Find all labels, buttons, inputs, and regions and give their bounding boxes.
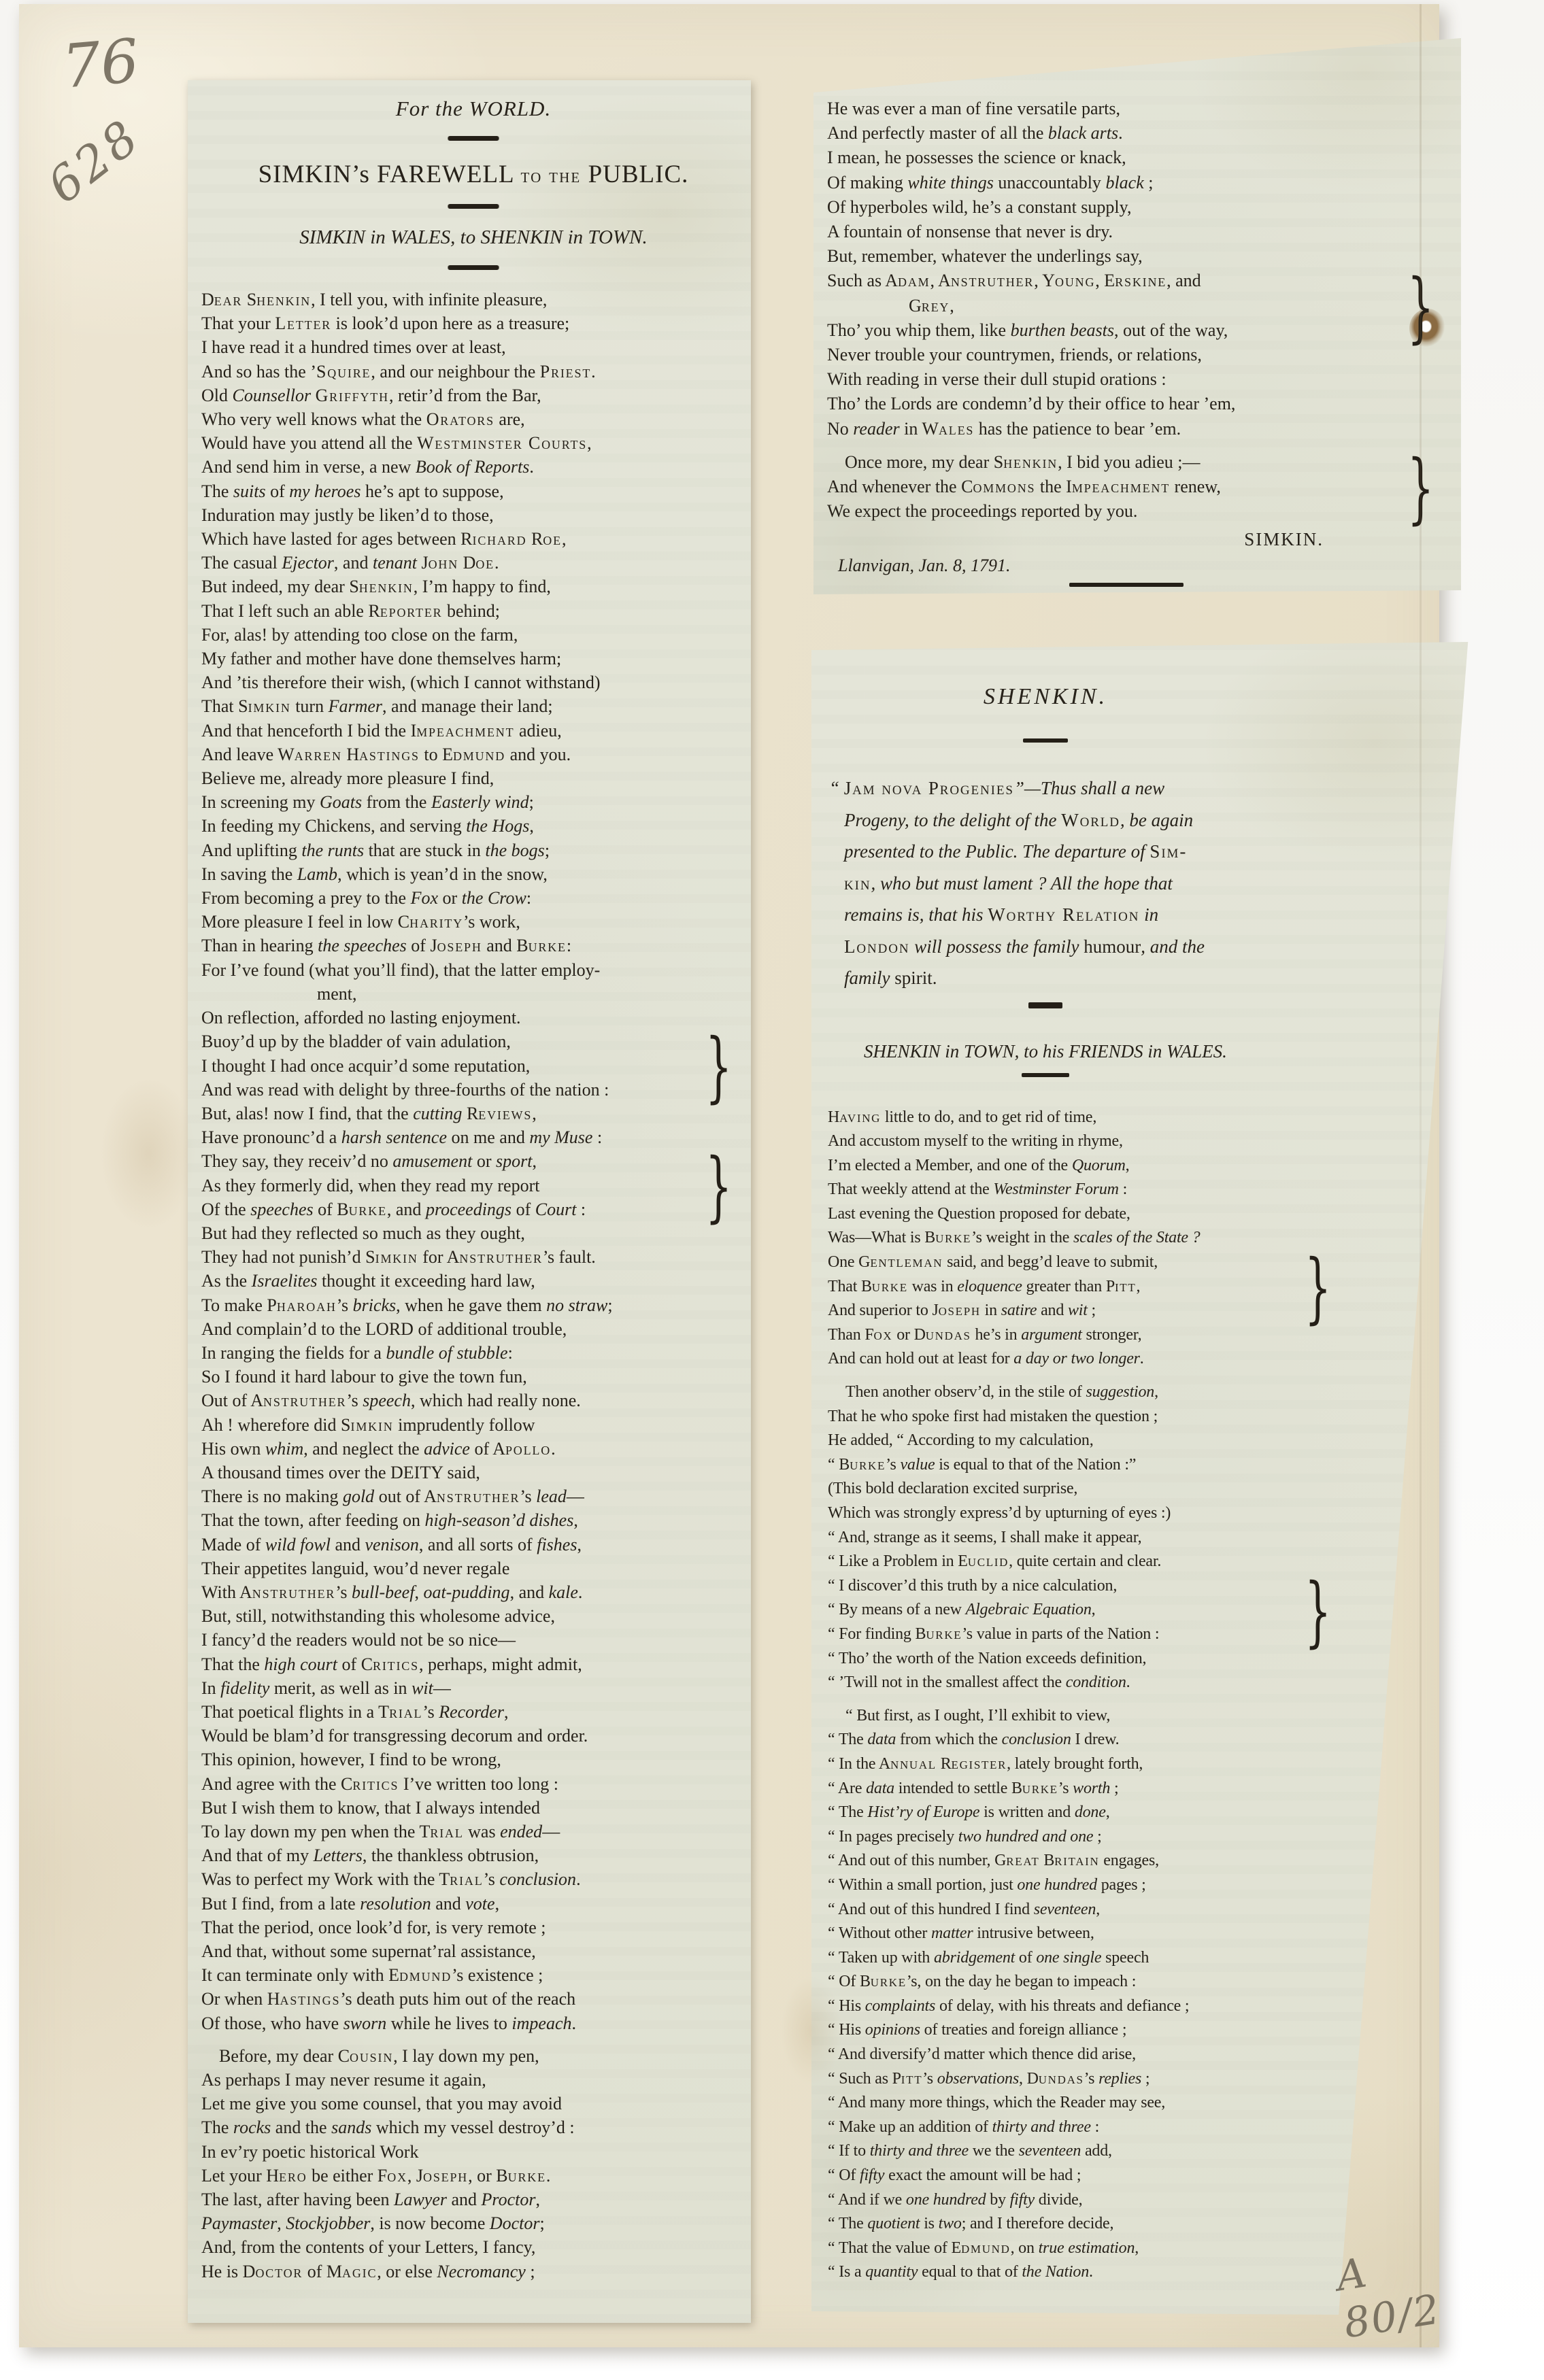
verse-line: On reflection, afforded no lasting enjoy… bbox=[201, 1006, 745, 1030]
signature: SIMKIN. bbox=[827, 529, 1426, 550]
verse-line: Which have lasted for ages between Richa… bbox=[201, 527, 745, 551]
shenkin-heading: SHENKIN. bbox=[828, 684, 1263, 710]
clipping-subtitle: SIMKIN in WALES, to SHENKIN in TOWN. bbox=[201, 226, 745, 249]
brace-icon: } bbox=[1305, 1251, 1331, 1327]
verse-line: Grey, bbox=[827, 294, 1426, 318]
verse-line: I mean, he possesses the science or knac… bbox=[827, 146, 1426, 170]
verse-line: To lay down my pen when the Trial was en… bbox=[201, 1820, 745, 1843]
verse-line: And agree with the Critics I’ve written … bbox=[201, 1772, 745, 1796]
verse-line: “ I discover’d this truth by a nice calc… bbox=[828, 1574, 1263, 1599]
verse-line: “ Without other matter intrusive between… bbox=[828, 1922, 1263, 1946]
verse-line: And can hold out at least for a day or t… bbox=[828, 1347, 1263, 1372]
verse-line: Having little to do, and to get rid of t… bbox=[828, 1106, 1263, 1130]
verse-line: “ That the value of Edmund, on true esti… bbox=[828, 2237, 1263, 2261]
verse-line: Induration may justly be liken’d to thos… bbox=[201, 503, 745, 527]
verse-line: That I left such an able Reporter behind… bbox=[201, 599, 745, 623]
verse-line: Tho’ the Lords are condemn’d by their of… bbox=[827, 392, 1426, 416]
verse-line: We expect the proceedings reported by yo… bbox=[827, 499, 1426, 524]
verse-line: Let your Hero be either Fox, Joseph, or … bbox=[201, 2164, 745, 2188]
verse-line: Of the speeches of Burke, and proceeding… bbox=[201, 1197, 745, 1221]
handwritten-page-number: 76 bbox=[60, 25, 142, 101]
verse-line: That he who spoke first had mistaken the… bbox=[828, 1405, 1263, 1429]
verse-line: My father and mother have done themselve… bbox=[201, 647, 745, 670]
verse-line: Was—What is Burke’s weight in the scales… bbox=[828, 1226, 1263, 1251]
verse-line: But I find, from a late resolution and v… bbox=[201, 1892, 745, 1916]
verse-line: Of making white things unaccountably bla… bbox=[827, 171, 1426, 195]
brace-icon: } bbox=[705, 1029, 732, 1105]
verse-line: The suits of my heroes he’s apt to suppo… bbox=[201, 479, 745, 503]
verse-line: “ Make up an addition of thirty and thre… bbox=[828, 2115, 1263, 2140]
verse-line: And leave Warren Hastings to Edmund and … bbox=[201, 743, 745, 766]
verse-line: This opinion, however, I find to be wron… bbox=[201, 1748, 745, 1771]
verse-line: “ Taken up with abridgement of one singl… bbox=[828, 1946, 1263, 1971]
verse-line: “ And diversify’d matter which thence di… bbox=[828, 2043, 1263, 2067]
verse-line: “ And, strange as it seems, I shall make… bbox=[828, 1526, 1263, 1550]
brace-icon: } bbox=[1407, 269, 1434, 345]
verse-line: And so has the ’Squire, and our neighbou… bbox=[201, 360, 745, 384]
verse-line: And perfectly master of all the black ar… bbox=[827, 121, 1426, 146]
divider-rule bbox=[448, 136, 499, 141]
verse-line: And superior to Joseph in satire and wit… bbox=[828, 1299, 1263, 1323]
verse-line: But, alas! now I find, that the cutting … bbox=[201, 1102, 745, 1125]
divider-rule bbox=[1023, 738, 1068, 743]
verse-line: Made of wild fowl and venison, and all s… bbox=[201, 1533, 745, 1557]
verse-line: In ev’ry poetic historical Work bbox=[201, 2140, 745, 2164]
verse-line: Or when Hastings’s death puts him out of… bbox=[201, 1987, 745, 2011]
verse-line: “ And out of this hundred I find sevente… bbox=[828, 1898, 1263, 1922]
verse-line: “ For finding Burke’s value in parts of … bbox=[828, 1622, 1263, 1647]
verse-line: And ’tis therefore their wish, (which I … bbox=[201, 670, 745, 694]
verse-line: And that, without some supernat’ral assi… bbox=[201, 1939, 745, 1963]
verse-line: He was ever a man of fine versatile part… bbox=[827, 97, 1426, 121]
braced-line-group: Buoy’d up by the bladder of vain adulati… bbox=[201, 1030, 745, 1102]
verse-line: As perhaps I may never resume it again, bbox=[201, 2068, 745, 2092]
verse-line: Once more, my dear Shenkin, I bid you ad… bbox=[827, 450, 1426, 475]
verse-line: In screening my Goats from the Easterly … bbox=[201, 790, 745, 814]
verse-line: And uplifting the runts that are stuck i… bbox=[201, 838, 745, 862]
verse-line: “ Like a Problem in Euclid, quite certai… bbox=[828, 1550, 1263, 1574]
braced-line-group: Once more, my dear Shenkin, I bid you ad… bbox=[827, 450, 1426, 524]
verse-line: London will possess the family humour, a… bbox=[828, 931, 1263, 963]
verse-line: He is Doctor of Magic, or else Necromanc… bbox=[201, 2260, 745, 2283]
verse-line: Was to perfect my Work with the Trial’s … bbox=[201, 1867, 745, 1891]
verse-line: More pleasure I feel in low Charity’s wo… bbox=[201, 910, 745, 934]
verse-line: “ The quotient is two; and I therefore d… bbox=[828, 2212, 1263, 2237]
verse-line: As the Israelites thought it exceeding h… bbox=[201, 1269, 745, 1293]
verse-line: remains is, that his Worthy Relation in bbox=[828, 899, 1263, 931]
divider-rule bbox=[448, 265, 499, 270]
dateline: Llanvigan, Jan. 8, 1791. bbox=[827, 556, 1426, 576]
verse-line: A fountain of nonsense that never is dry… bbox=[827, 220, 1426, 244]
verse-line: “ By means of a new Algebraic Equation, bbox=[828, 1598, 1263, 1622]
verse-line: Tho’ you whip them, like burthen beasts,… bbox=[827, 318, 1426, 343]
brace-icon: } bbox=[1407, 450, 1434, 526]
verse-line: “ And many more things, which the Reader… bbox=[828, 2091, 1263, 2115]
braced-line-group: Such as Adam, Anstruther, Young, Erskine… bbox=[827, 269, 1426, 343]
divider-rule bbox=[1069, 583, 1184, 587]
verse-line: Believe me, already more pleasure I find… bbox=[201, 766, 745, 790]
verse-line: And, from the contents of your Letters, … bbox=[201, 2235, 745, 2259]
verse-line: Never trouble your countrymen, friends, … bbox=[827, 343, 1426, 367]
verse-line: Paymaster, Stockjobber, is now become Do… bbox=[201, 2211, 745, 2235]
handwritten-folio-number: 628 bbox=[37, 108, 152, 214]
verse-line: “ The Hist’ry of Europe is written and d… bbox=[828, 1801, 1263, 1825]
verse-line: I have read it a hundred times over at l… bbox=[201, 335, 745, 359]
verse-line: A thousand times over the DEITY said, bbox=[201, 1461, 745, 1484]
verse-line: “ And out of this number, Great Britain … bbox=[828, 1849, 1263, 1873]
verse-line: Of those, who have sworn while he lives … bbox=[201, 2011, 745, 2035]
verse-line: “ Such as Pitt’s observations, Dundas’s … bbox=[828, 2067, 1263, 2092]
verse-line: Buoy’d up by the bladder of vain adulati… bbox=[201, 1030, 745, 1053]
verse-line: Would have you attend all the Westminste… bbox=[201, 431, 745, 455]
braced-line-group: One Gentleman said, and begg’d leave to … bbox=[828, 1251, 1263, 1323]
poem-left-column: Dear Shenkin, I tell you, with infinite … bbox=[201, 288, 745, 2283]
verse-line: Last evening the Question proposed for d… bbox=[828, 1202, 1263, 1227]
verse-line: In feeding my Chickens, and serving the … bbox=[201, 814, 745, 838]
verse-line: But, remember, whatever the underlings s… bbox=[827, 244, 1426, 269]
verse-line: Progeny, to the delight of the World, be… bbox=[828, 804, 1263, 836]
verse-line: But indeed, my dear Shenkin, I’m happy t… bbox=[201, 575, 745, 598]
verse-line: That poetical flights in a Trial’s Recor… bbox=[201, 1700, 745, 1724]
verse-line: His own whim, and neglect the advice of … bbox=[201, 1437, 745, 1461]
verse-line: And send him in verse, a new Book of Rep… bbox=[201, 455, 745, 479]
shenkin-subtitle: SHENKIN in TOWN, to his FRIENDS in WALES… bbox=[828, 1041, 1263, 1062]
verse-line: And that of my Letters, the thankless ob… bbox=[201, 1843, 745, 1867]
verse-line: But I wish them to know, that I always i… bbox=[201, 1796, 745, 1820]
verse-line: So I found it hard labour to give the to… bbox=[201, 1365, 745, 1389]
braced-line-group: They say, they receiv’d no amusement or … bbox=[201, 1149, 745, 1221]
verse-line: Out of Anstruther’s speech, which had re… bbox=[201, 1389, 745, 1412]
divider-rule bbox=[1028, 1002, 1062, 1008]
verse-line: That the period, once look’d for, is ver… bbox=[201, 1916, 745, 1939]
album-page: For the WORLD. SIMKIN’s FAREWELL to the … bbox=[19, 4, 1439, 2347]
divider-rule bbox=[1022, 1073, 1069, 1077]
verse-line: That your Letter is look’d upon here as … bbox=[201, 311, 745, 335]
braced-line-group: “ I discover’d this truth by a nice calc… bbox=[828, 1574, 1263, 1647]
scanned-scrapbook-page: { "annotations": { "page_number": "76", … bbox=[0, 0, 1544, 2380]
verse-line: That Burke was in eloquence greater than… bbox=[828, 1275, 1263, 1299]
verse-line: Than Fox or Dundas he’s in argument stro… bbox=[828, 1323, 1263, 1348]
brace-icon: } bbox=[705, 1149, 732, 1225]
verse-line: As they formerly did, when they read my … bbox=[201, 1174, 745, 1197]
verse-line: “ In the Annual Register, lately brought… bbox=[828, 1752, 1263, 1777]
verse-line: They say, they receiv’d no amusement or … bbox=[201, 1149, 745, 1173]
verse-line: “ The data from which the conclusion I d… bbox=[828, 1728, 1263, 1752]
verse-line: Would be blam’d for transgressing decoru… bbox=[201, 1724, 745, 1748]
verse-line: Who very well knows what the Orators are… bbox=[201, 407, 745, 431]
verse-line: I fancy’d the readers would not be so ni… bbox=[201, 1628, 745, 1652]
verse-line: And accustom myself to the writing in rh… bbox=[828, 1129, 1263, 1154]
verse-line: The casual Ejector, and tenant John Doe. bbox=[201, 551, 745, 575]
verse-line: “ And if we one hundred by fifty divide, bbox=[828, 2188, 1263, 2213]
verse-line: No reader in Wales has the patience to b… bbox=[827, 417, 1426, 441]
verse-line: He added, “ According to my calculation, bbox=[828, 1429, 1263, 1453]
verse-line: That the town, after feeding on high-sea… bbox=[201, 1508, 745, 1532]
clipping-title: SIMKIN’s FAREWELL to the PUBLIC. bbox=[201, 160, 745, 189]
verse-line: Dear Shenkin, I tell you, with infinite … bbox=[201, 288, 745, 311]
verse-line: The last, after having been Lawyer and P… bbox=[201, 2188, 745, 2211]
verse-line: They had not punish’d Simkin for Anstrut… bbox=[201, 1245, 745, 1269]
verse-line: Then another observ’d, in the stile of s… bbox=[828, 1380, 1263, 1405]
verse-line: Such as Adam, Anstruther, Young, Erskine… bbox=[827, 269, 1426, 293]
verse-line: Which was strongly express’d by upturnin… bbox=[828, 1501, 1263, 1526]
verse-line: In fidelity merit, as well as in wit— bbox=[201, 1676, 745, 1700]
verse-line: With Anstruther’s bull-beef, oat-pudding… bbox=[201, 1580, 745, 1604]
verse-line: And was read with delight by three-fourt… bbox=[201, 1078, 745, 1102]
verse-line: That Simkin turn Farmer, and manage thei… bbox=[201, 694, 745, 718]
verse-line: That weekly attend at the Westminster Fo… bbox=[828, 1178, 1263, 1202]
verse-line: “ But first, as I ought, I’ll exhibit to… bbox=[828, 1704, 1263, 1729]
verse-line: One Gentleman said, and begg’d leave to … bbox=[828, 1251, 1263, 1275]
verse-line: Let me give you some counsel, that you m… bbox=[201, 2092, 745, 2115]
verse-line: Than in hearing the speeches of Joseph a… bbox=[201, 934, 745, 957]
verse-line: Their appetites languid, wou’d never reg… bbox=[201, 1557, 745, 1580]
verse-line: There is no making gold out of Anstruthe… bbox=[201, 1484, 745, 1508]
verse-line: With reading in verse their dull stupid … bbox=[827, 367, 1426, 392]
verse-line: “ Tho’ the worth of the Nation exceeds d… bbox=[828, 1647, 1263, 1671]
verse-line: But, still, notwithstanding this wholeso… bbox=[201, 1604, 745, 1628]
poem-shenkin: Having little to do, and to get rid of t… bbox=[828, 1106, 1263, 2285]
verse-line: “ Are data intended to settle Burke’s wo… bbox=[828, 1777, 1263, 1801]
verse-line: For, alas! by attending too close on the… bbox=[201, 623, 745, 647]
verse-line: “ Within a small portion, just one hundr… bbox=[828, 1873, 1263, 1898]
verse-line: “ If to thirty and three we the seventee… bbox=[828, 2139, 1263, 2164]
masthead: For the WORLD. bbox=[201, 97, 745, 121]
verse-line: family spirit. bbox=[828, 962, 1263, 994]
verse-line: From becoming a prey to the Fox or the C… bbox=[201, 886, 745, 910]
verse-line: But had they reflected so much as they o… bbox=[201, 1221, 745, 1245]
left-clipping: For the WORLD. SIMKIN’s FAREWELL to the … bbox=[188, 80, 751, 2323]
verse-line: “ Jam nova Progenies”—Thus shall a new bbox=[828, 772, 1263, 804]
verse-line: kin, who but must lament ? All the hope … bbox=[828, 868, 1263, 900]
verse-line: In saving the Lamb, which is yean’d in t… bbox=[201, 862, 745, 886]
verse-line: presented to the Public. The departure o… bbox=[828, 836, 1263, 868]
verse-line: Of hyperboles wild, he’s a constant supp… bbox=[827, 195, 1426, 220]
motto-paragraph: “ Jam nova Progenies”—Thus shall a newPr… bbox=[828, 772, 1263, 994]
verse-line: Old Counsellor Griffyth, retir’d from th… bbox=[201, 384, 745, 407]
verse-line: And whenever the Commons the Impeachment… bbox=[827, 475, 1426, 499]
verse-line: And that henceforth I bid the Impeachmen… bbox=[201, 719, 745, 743]
divider-rule bbox=[448, 204, 499, 209]
verse-line: To make Pharoah’s bricks, when he gave t… bbox=[201, 1293, 745, 1317]
foxing-stain bbox=[101, 1078, 196, 1228]
verse-line: ment, bbox=[201, 982, 745, 1006]
verse-line: Have pronounc’d a harsh sentence on me a… bbox=[201, 1125, 745, 1149]
verse-line: In ranging the fields for a bundle of st… bbox=[201, 1341, 745, 1365]
verse-line: “ His complaints of delay, with his thre… bbox=[828, 1994, 1263, 2019]
verse-line: Ah ! wherefore did Simkin imprudently fo… bbox=[201, 1413, 745, 1437]
poem-right-column: He was ever a man of fine versatile part… bbox=[827, 97, 1426, 524]
verse-line: Before, my dear Cousin, I lay down my pe… bbox=[201, 2044, 745, 2068]
verse-line: It can terminate only with Edmund’s exis… bbox=[201, 1963, 745, 1987]
verse-line: “ Of Burke’s, on the day he began to imp… bbox=[828, 1970, 1263, 1994]
verse-line: That the high court of Critics, perhaps,… bbox=[201, 1652, 745, 1676]
verse-line: I thought I had once acquir’d some reput… bbox=[201, 1054, 745, 1078]
verse-line: For I’ve found (what you’ll find), that … bbox=[201, 958, 745, 982]
verse-line: “ ’Twill not in the smallest affect the … bbox=[828, 1671, 1263, 1695]
verse-line: I’m elected a Member, and one of the Quo… bbox=[828, 1154, 1263, 1178]
right-top-clipping: He was ever a man of fine versatile part… bbox=[813, 38, 1461, 594]
handwritten-shelfmark: A 80/2 bbox=[1333, 2238, 1446, 2347]
verse-line: And complain’d to the LORD of additional… bbox=[201, 1317, 745, 1341]
verse-line: The rocks and the sands which my vessel … bbox=[201, 2115, 745, 2139]
verse-line: (This bold declaration excited surprise, bbox=[828, 1477, 1263, 1501]
brace-icon: } bbox=[1305, 1574, 1331, 1650]
verse-line: “ Burke’s value is equal to that of the … bbox=[828, 1453, 1263, 1478]
right-bottom-clipping: SHENKIN. “ Jam nova Progenies”—Thus shal… bbox=[811, 642, 1475, 2315]
verse-line: “ In pages precisely two hundred and one… bbox=[828, 1825, 1263, 1850]
verse-line: “ His opinions of treaties and foreign a… bbox=[828, 2018, 1263, 2043]
verse-line: “ Is a quantity equal to that of the Nat… bbox=[828, 2260, 1263, 2285]
verse-line: “ Of fifty exact the amount will be had … bbox=[828, 2164, 1263, 2188]
